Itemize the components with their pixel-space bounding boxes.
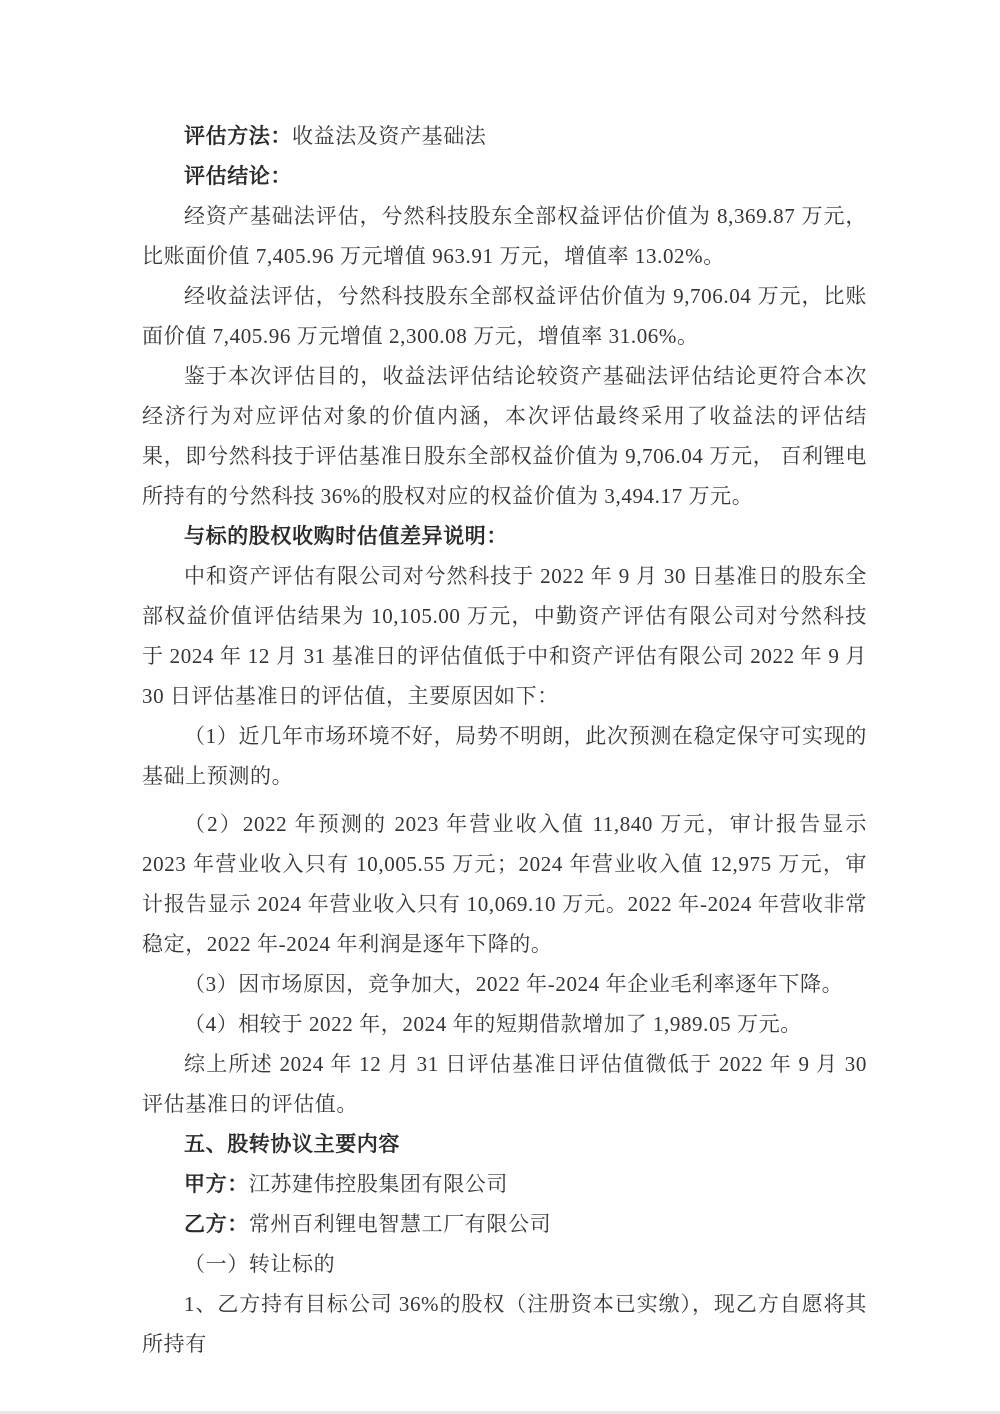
party-a-label: 甲方： xyxy=(184,1172,249,1196)
para-final-valuation: 鉴于本次评估目的，收益法评估结论较资产基础法评估结论更符合本次经济行为对应评估对… xyxy=(142,356,867,516)
heading-section-five: 五、股转协议主要内容 xyxy=(142,1124,867,1164)
para-valuation-difference-heading: 与标的股权收购时估值差异说明： xyxy=(142,516,867,556)
para-evaluation-conclusion-heading: 评估结论： xyxy=(142,156,867,196)
section-five-label: 五、股转协议主要内容 xyxy=(184,1132,400,1156)
valuation-difference-label: 与标的股权收购时估值差异说明： xyxy=(184,524,508,548)
para-summary: 综上所述 2024 年 12 月 31 日评估基准日评估值微低于 2022 年 … xyxy=(142,1044,867,1124)
para-party-a: 甲方：江苏建伟控股集团有限公司 xyxy=(142,1164,867,1204)
para-reason-4: （4）相较于 2022 年，2024 年的短期借款增加了 1,989.05 万元… xyxy=(142,1004,867,1044)
para-evaluation-method: 评估方法：收益法及资产基础法 xyxy=(142,116,867,156)
document-page: 评估方法：收益法及资产基础法 评估结论： 经资产基础法评估，兮然科技股东全部权益… xyxy=(0,0,1000,1414)
para-clause-1: 1、乙方持有目标公司 36%的股权（注册资本已实缴），现乙方自愿将其所持有 xyxy=(142,1284,867,1364)
party-b-name: 常州百利锂电智慧工厂有限公司 xyxy=(249,1212,551,1236)
para-asset-basis-result: 经资产基础法评估，兮然科技股东全部权益评估价值为 8,369.87 万元，比账面… xyxy=(142,196,867,276)
evaluation-method-label: 评估方法： xyxy=(184,124,292,148)
para-reason-1: （1）近几年市场环境不好，局势不明朗，此次预测在稳定保守可实现的基础上预测的。 xyxy=(142,716,867,796)
evaluation-conclusion-label: 评估结论： xyxy=(184,164,292,188)
evaluation-method-text: 收益法及资产基础法 xyxy=(292,124,486,148)
para-reason-3: （3）因市场原因，竞争加大，2022 年-2024 年企业毛利率逐年下降。 xyxy=(142,964,867,1004)
party-a-name: 江苏建伟控股集团有限公司 xyxy=(249,1172,508,1196)
party-b-label: 乙方： xyxy=(184,1212,249,1236)
document-body: 评估方法：收益法及资产基础法 评估结论： 经资产基础法评估，兮然科技股东全部权益… xyxy=(142,116,867,1364)
para-reason-2: （2）2022 年预测的 2023 年营业收入值 11,840 万元，审计报告显… xyxy=(142,804,867,964)
para-income-method-result: 经收益法评估，兮然科技股东全部权益评估价值为 9,706.04 万元，比账面价值… xyxy=(142,276,867,356)
para-valuation-difference-intro: 中和资产评估有限公司对兮然科技于 2022 年 9 月 30 日基准日的股东全部… xyxy=(142,556,867,716)
para-transfer-subject-heading: （一）转让标的 xyxy=(142,1244,867,1284)
para-party-b: 乙方：常州百利锂电智慧工厂有限公司 xyxy=(142,1204,867,1244)
